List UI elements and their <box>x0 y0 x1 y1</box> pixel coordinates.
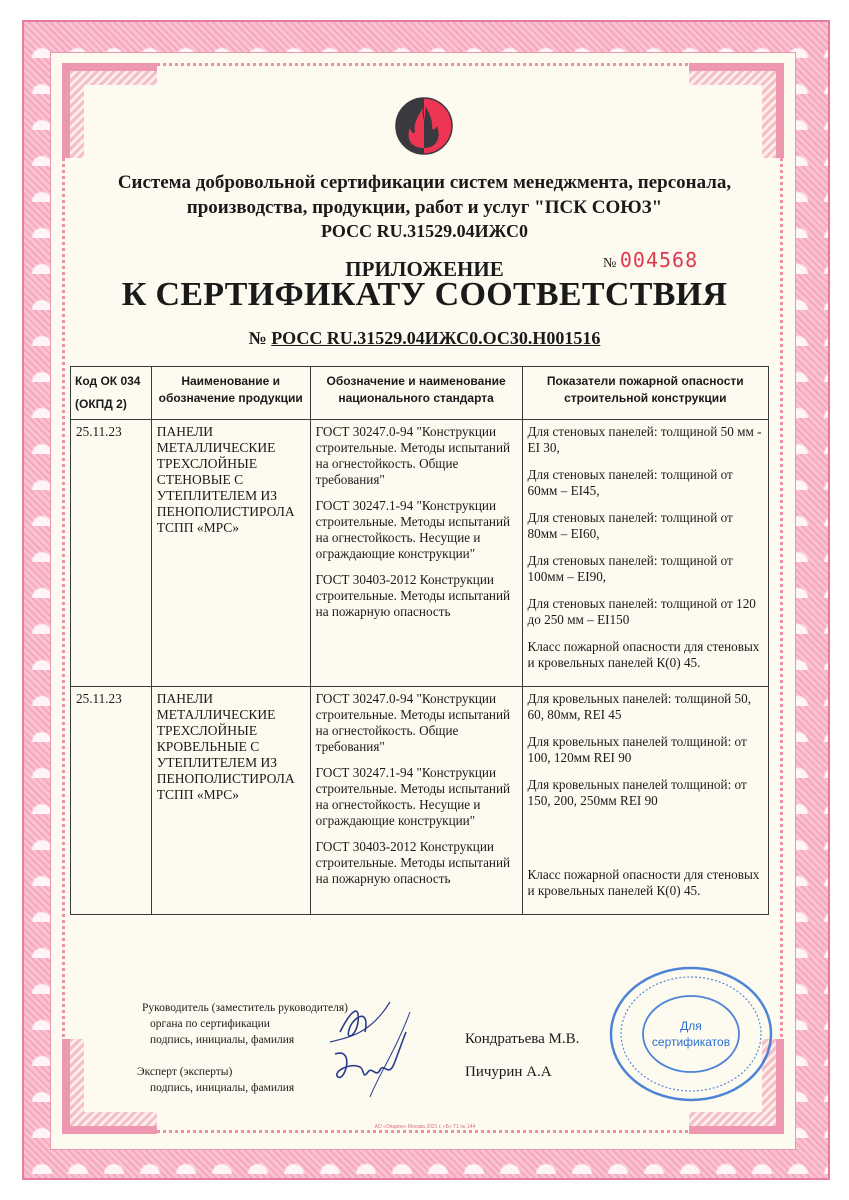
stamp-text-line2: сертификатов <box>652 1035 730 1049</box>
organization-name-line2: производства, продукции, работ и услуг "… <box>100 195 749 220</box>
cell-code: 25.11.23 <box>71 420 152 687</box>
printer-imprint: АО «Опцион» Москва 2021 г. «Б» Т1 № 144 <box>300 1124 550 1130</box>
handwritten-signature-icon <box>310 992 420 1102</box>
certificate-number: № РОСС RU.31529.04ИЖС0.ОС30.Н001516 <box>100 328 749 349</box>
fire-indicator-item: Для стеновых панелей: толщиной 50 мм - E… <box>528 424 763 456</box>
standard-item: ГОСТ 30403-2012 Конструкции строительные… <box>316 839 517 887</box>
expert-signature-label: подпись, инициалы, фамилия <box>150 1080 294 1096</box>
header-code: Код ОК 034(ОКПД 2) <box>71 367 152 420</box>
cell-code: 25.11.23 <box>71 687 152 915</box>
header-fire-indicators: Показатели пожарной опасностистроительно… <box>522 367 768 420</box>
cell-product: ПАНЕЛИ МЕТАЛЛИЧЕСКИЕ ТРЕХСЛОЙНЫЕ СТЕНОВЫ… <box>151 420 310 687</box>
head-signature-label: подпись, инициалы, фамилия <box>150 1032 294 1048</box>
fire-indicator-item: Для кровельных панелей толщиной: от 150,… <box>528 777 763 809</box>
head-name: Кондратьева М.В. <box>465 1031 579 1048</box>
cell-standards: ГОСТ 30247.0-94 "Конструкции строительны… <box>310 420 522 687</box>
annex-table: Код ОК 034(ОКПД 2) Наименование иобознач… <box>70 366 769 915</box>
standard-item: ГОСТ 30247.0-94 "Конструкции строительны… <box>316 691 517 755</box>
organization-name-line1: Система добровольной сертификации систем… <box>100 170 749 195</box>
round-seal-stamp-icon: Для сертификатов <box>603 962 778 1107</box>
expert-signature-label: Эксперт (эксперты) <box>137 1064 232 1080</box>
fire-indicator-item: Для кровельных панелей толщиной: от 100,… <box>528 734 763 766</box>
table-row: 25.11.23 ПАНЕЛИ МЕТАЛЛИЧЕСКИЕ ТРЕХСЛОЙНЫ… <box>71 687 769 915</box>
table-row: 25.11.23 ПАНЕЛИ МЕТАЛЛИЧЕСКИЕ ТРЕХСЛОЙНЫ… <box>71 420 769 687</box>
cell-fire-indicators: Для стеновых панелей: толщиной 50 мм - E… <box>522 420 768 687</box>
organization-registration: РОСС RU.31529.04ИЖС0 <box>100 219 749 244</box>
stamp-text-line1: Для <box>680 1019 702 1033</box>
certificate-title: К СЕРТИФИКАТУ СООТВЕТСТВИЯ <box>100 276 749 314</box>
certificate-number-prefix: № <box>249 328 267 348</box>
standard-item: ГОСТ 30247.1-94 "Конструкции строительны… <box>316 498 517 562</box>
header-standard: Обозначение и наименованиенационального … <box>310 367 522 420</box>
standard-item: ГОСТ 30403-2012 Конструкции строительные… <box>316 572 517 620</box>
cell-product: ПАНЕЛИ МЕТАЛЛИЧЕСКИЕ ТРЕХСЛОЙНЫЕ КРОВЕЛЬ… <box>151 687 310 915</box>
cell-fire-indicators: Для кровельных панелей: толщиной 50, 60,… <box>522 687 768 915</box>
cell-standards: ГОСТ 30247.0-94 "Конструкции строительны… <box>310 687 522 915</box>
certificate-number-value: РОСС RU.31529.04ИЖС0.ОС30.Н001516 <box>271 328 600 348</box>
fire-indicator-item: Для стеновых панелей: толщиной от 80мм –… <box>528 510 763 542</box>
fire-indicator-item: Для стеновых панелей: толщиной от 120 до… <box>528 596 763 628</box>
fire-indicator-item: Для стеновых панелей: толщиной от 100мм … <box>528 553 763 585</box>
header-product: Наименование иобозначение продукции <box>151 367 310 420</box>
head-signature-label: органа по сертификации <box>150 1016 270 1032</box>
fire-indicator-item: Класс пожарной опасности для стеновых и … <box>528 639 763 671</box>
fire-indicator-item: Для кровельных панелей: толщиной 50, 60,… <box>528 691 763 723</box>
flame-in-circle-icon <box>394 96 454 156</box>
standard-item: ГОСТ 30247.0-94 "Конструкции строительны… <box>316 424 517 488</box>
fire-indicator-item: Класс пожарной опасности для стеновых и … <box>528 867 763 899</box>
standard-item: ГОСТ 30247.1-94 "Конструкции строительны… <box>316 765 517 829</box>
expert-name: Пичурин А.А <box>465 1064 552 1081</box>
table-header-row: Код ОК 034(ОКПД 2) Наименование иобознач… <box>71 367 769 420</box>
fire-indicator-item: Для стеновых панелей: толщиной от 60мм –… <box>528 467 763 499</box>
